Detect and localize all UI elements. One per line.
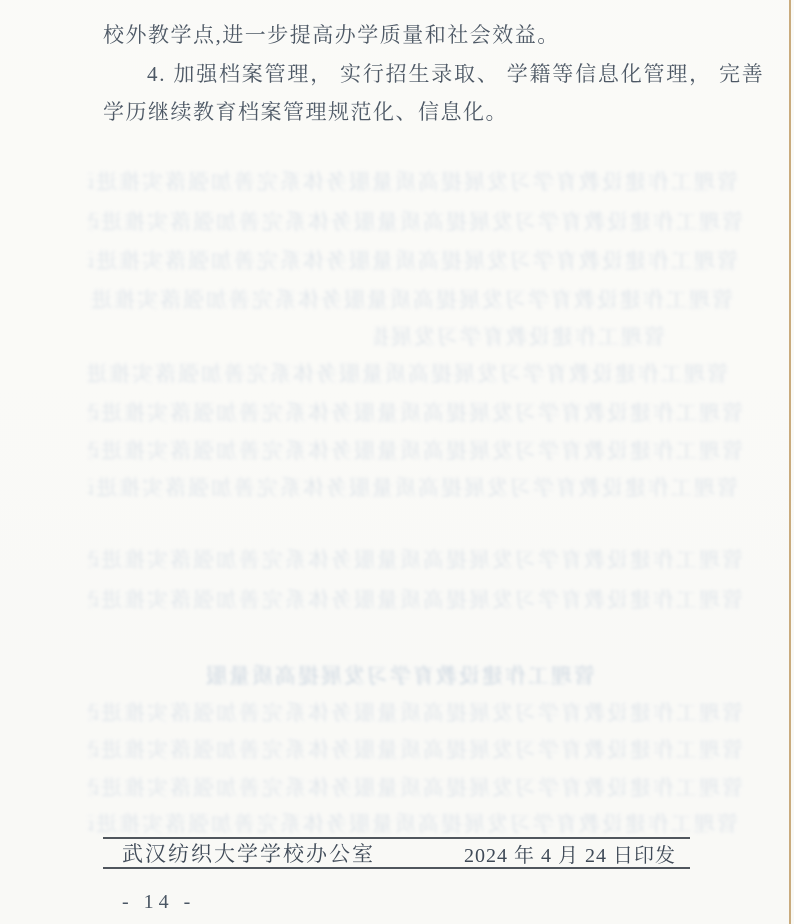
ghost-row: 管理工作建设教育学习发展提高质量服务体系完善加强落实推进改革创新人才培养计划实施… xyxy=(88,439,743,466)
ghost-row: 管理工作建设教育学习发展提高质量服务体系完善加强落实推进改革创新人才培养计划实施… xyxy=(205,664,595,691)
scanned-document-page: 校外教学点,进一步提高办学质量和社会效益。 4. 加强档案管理， 实行招生录取、… xyxy=(0,0,794,924)
ghost-row: 管理工作建设教育学习发展提高质量服务体系完善加强落实推进改革创新人才培养计划实施… xyxy=(88,362,728,389)
ghost-row: 管理工作建设教育学习发展提高质量服务体系完善加强落实推进改革创新人才培养计划实施… xyxy=(88,776,743,803)
footer-print-date: 2024 年 4 月 24 日印发 xyxy=(464,839,676,868)
ghost-row: 管理工作建设教育学习发展提高质量服务体系完善加强落实推进改革创新人才培养计划实施… xyxy=(88,701,743,728)
ghost-row: 管理工作建设教育学习发展提高质量服务体系完善加强落实推进改革创新人才培养计划实施… xyxy=(88,476,738,503)
ghost-row: 管理工作建设教育学习发展提高质量服务体系完善加强落实推进改革创新人才培养计划实施… xyxy=(88,170,738,197)
ghost-bleedthrough: 管理工作建设教育学习发展提高质量服务体系完善加强落实推进改革创新人才培养计划实施… xyxy=(0,0,794,924)
footer-issuer: 武汉纺织大学学校办公室 xyxy=(122,838,375,868)
footer-colophon: 武汉纺织大学学校办公室 2024 年 4 月 24 日印发 xyxy=(103,837,690,869)
page-edge-line xyxy=(789,0,791,924)
body-line: 4. 加强档案管理， 实行招生录取、 学籍等信息化管理， 完善 xyxy=(147,61,765,87)
body-line: 校外教学点,进一步提高办学质量和社会效益。 xyxy=(103,22,560,48)
page-number: - 14 - xyxy=(122,891,195,914)
ghost-row: 管理工作建设教育学习发展提高质量服务体系完善加强落实推进改革创新人才培养计划实施… xyxy=(88,288,733,315)
ghost-row: 管理工作建设教育学习发展提高质量服务体系完善加强落实推进改革创新人才培养计划实施… xyxy=(88,249,738,276)
ghost-row: 管理工作建设教育学习发展提高质量服务体系完善加强落实推进改革创新人才培养计划实施… xyxy=(375,325,665,352)
ghost-row: 管理工作建设教育学习发展提高质量服务体系完善加强落实推进改革创新人才培养计划实施… xyxy=(88,812,738,839)
ghost-row: 管理工作建设教育学习发展提高质量服务体系完善加强落实推进改革创新人才培养计划实施… xyxy=(88,210,743,237)
ghost-row: 管理工作建设教育学习发展提高质量服务体系完善加强落实推进改革创新人才培养计划实施… xyxy=(88,401,743,428)
ghost-row: 管理工作建设教育学习发展提高质量服务体系完善加强落实推进改革创新人才培养计划实施… xyxy=(88,548,743,575)
ghost-row: 管理工作建设教育学习发展提高质量服务体系完善加强落实推进改革创新人才培养计划实施… xyxy=(88,738,743,765)
body-line: 学历继续教育档案管理规范化、信息化。 xyxy=(103,99,508,125)
ghost-row: 管理工作建设教育学习发展提高质量服务体系完善加强落实推进改革创新人才培养计划实施… xyxy=(88,588,743,615)
